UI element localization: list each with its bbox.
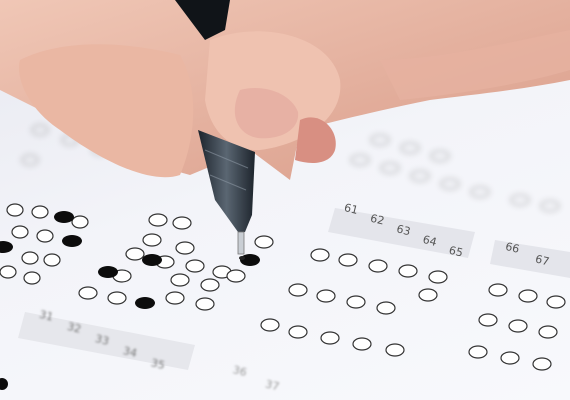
svg-text:37: 37 [264,377,281,393]
question-number-band-66-67: 6667 [490,240,570,278]
svg-text:35: 35 [149,356,166,372]
svg-text:36: 36 [231,363,248,379]
svg-text:65: 65 [448,244,465,260]
hand [0,0,570,180]
question-number-band-31-35: 313233 3435 [18,308,195,372]
photo-illustration: 616263 6465 6667 313233 3435 3637 [0,0,570,400]
question-numbers-36-37: 3637 [230,363,282,393]
question-number-band-61-65: 616263 6465 [328,201,475,260]
answer-sheet-photo: 616263 6465 6667 313233 3435 3637 [0,0,570,400]
